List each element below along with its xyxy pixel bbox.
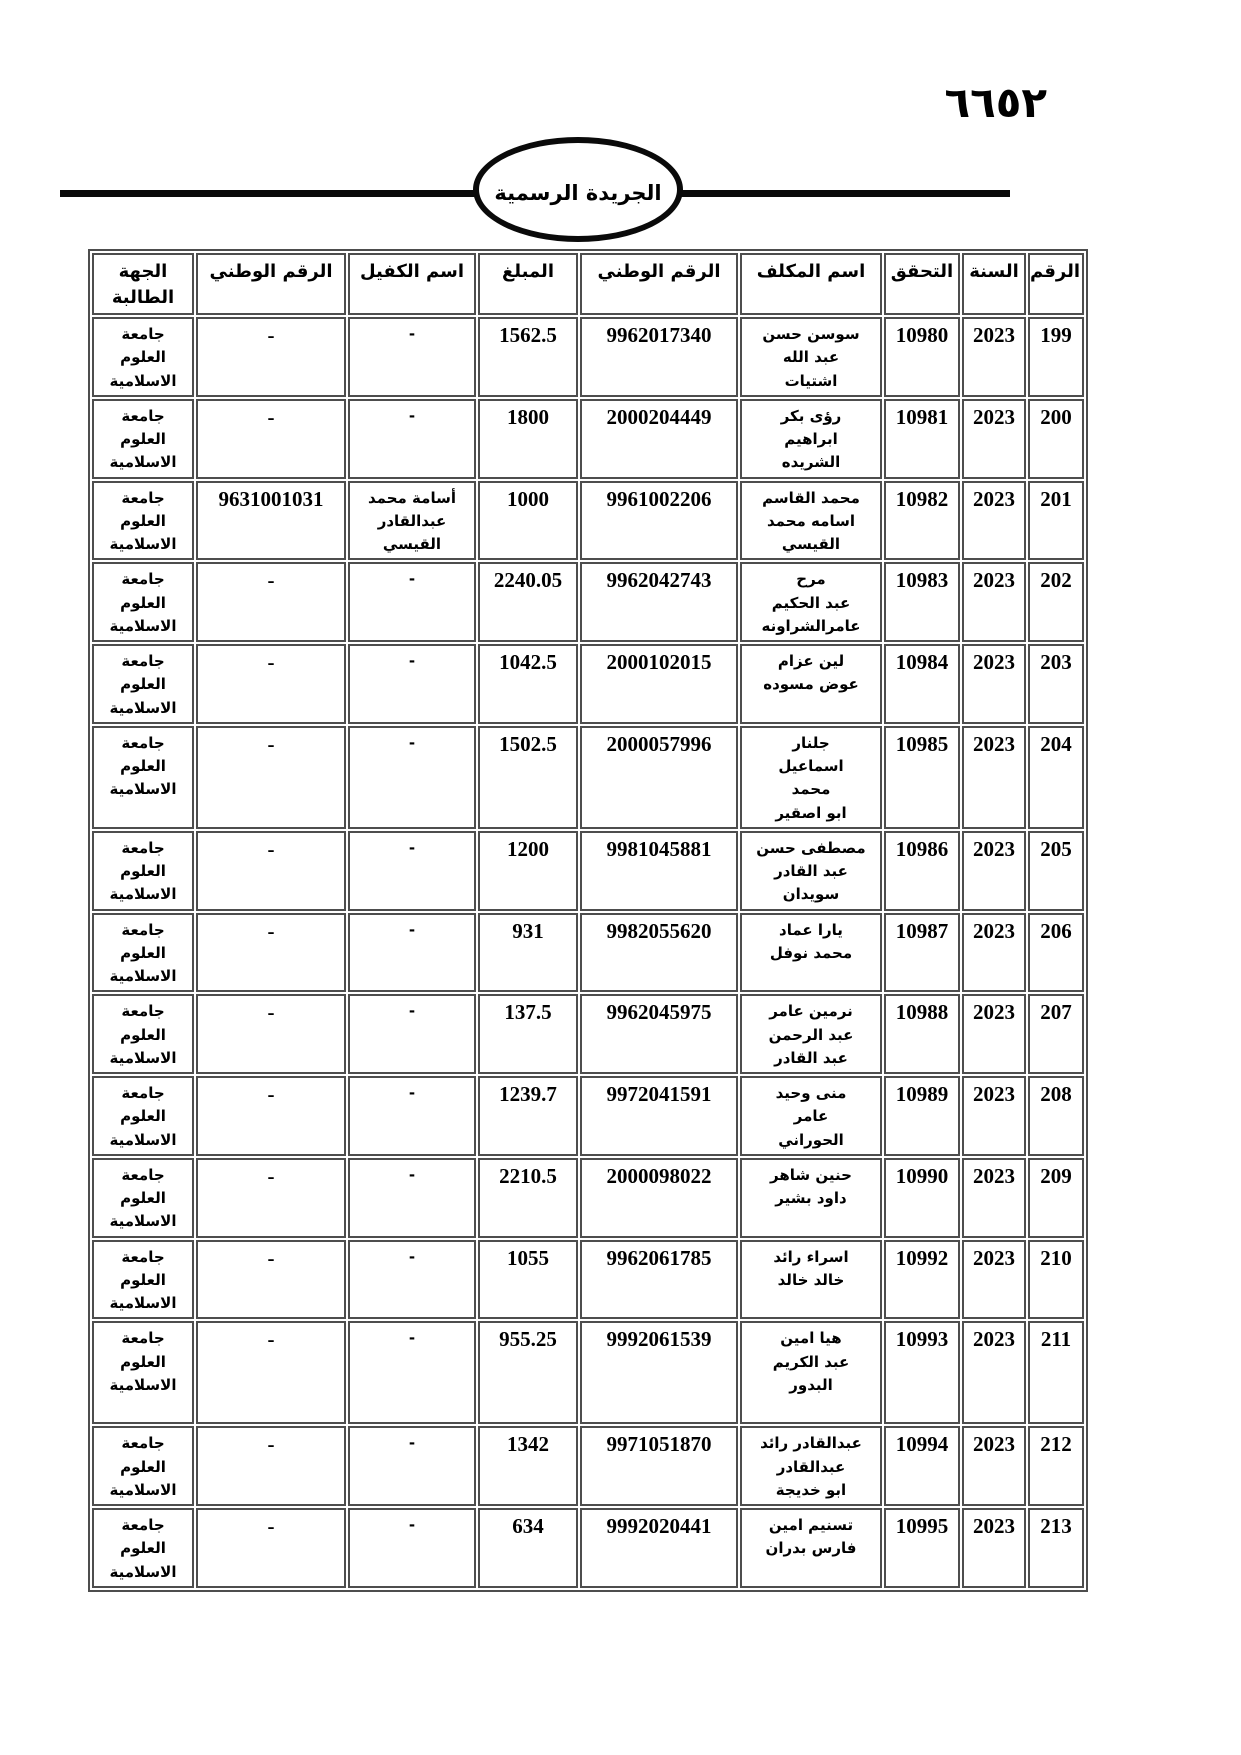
cell-entity: جامعة العلوم الاسلامية <box>92 1426 194 1506</box>
cell-guarantor: - <box>348 1426 476 1506</box>
cell-year: 2023 <box>962 831 1026 911</box>
column-header-year: السنة <box>962 253 1026 315</box>
cell-check: 10993 <box>884 1321 960 1424</box>
cell-amount: 137.5 <box>478 994 578 1074</box>
column-header-national_id: الرقم الوطني <box>580 253 738 315</box>
cell-guarantor: - <box>348 1240 476 1320</box>
cell-no: 200 <box>1028 399 1084 479</box>
cell-national_id: 2000098022 <box>580 1158 738 1238</box>
cell-taxpayer: محمد القاسم اسامه محمد القيسي <box>740 481 882 561</box>
cell-taxpayer: لين عزام عوض مسوده <box>740 644 882 724</box>
cell-no: 212 <box>1028 1426 1084 1506</box>
cell-year: 2023 <box>962 1426 1026 1506</box>
cell-guarantor_national_id: - <box>196 1508 346 1588</box>
table-row: 211202310993هيا امين عبد الكريم البدور99… <box>92 1321 1084 1424</box>
cell-taxpayer: منى وحيد عامر الحوراني <box>740 1076 882 1156</box>
cell-national_id: 2000102015 <box>580 644 738 724</box>
cell-guarantor_national_id: - <box>196 726 346 829</box>
cell-entity: جامعة العلوم الاسلامية <box>92 317 194 397</box>
cell-taxpayer: يارا عماد محمد نوفل <box>740 913 882 993</box>
cell-guarantor_national_id: - <box>196 562 346 642</box>
cell-check: 10981 <box>884 399 960 479</box>
cell-entity: جامعة العلوم الاسلامية <box>92 1158 194 1238</box>
table-row: 202202310983مرح عبد الحكيم عامرالشراونه9… <box>92 562 1084 642</box>
cell-amount: 1562.5 <box>478 317 578 397</box>
cell-guarantor: - <box>348 1321 476 1424</box>
cell-entity: جامعة العلوم الاسلامية <box>92 1240 194 1320</box>
cell-amount: 2240.05 <box>478 562 578 642</box>
cell-national_id: 9992020441 <box>580 1508 738 1588</box>
cell-amount: 1342 <box>478 1426 578 1506</box>
cell-no: 205 <box>1028 831 1084 911</box>
cell-guarantor_national_id: - <box>196 994 346 1074</box>
cell-no: 203 <box>1028 644 1084 724</box>
table-row: 206202310987يارا عماد محمد نوفل998205562… <box>92 913 1084 993</box>
cell-guarantor: أسامة محمد عبدالقادر القيسي <box>348 481 476 561</box>
cell-entity: جامعة العلوم الاسلامية <box>92 1076 194 1156</box>
cell-year: 2023 <box>962 317 1026 397</box>
cell-taxpayer: اسراء رائد خالد خالد <box>740 1240 882 1320</box>
cell-entity: جامعة العلوم الاسلامية <box>92 481 194 561</box>
cell-national_id: 9962017340 <box>580 317 738 397</box>
cell-entity: جامعة العلوم الاسلامية <box>92 831 194 911</box>
cell-amount: 1000 <box>478 481 578 561</box>
cell-no: 211 <box>1028 1321 1084 1424</box>
masthead-ellipse: الجريدة الرسمية <box>473 137 683 242</box>
cell-year: 2023 <box>962 1240 1026 1320</box>
gazette-page: ٦٦٥٢ الجريدة الرسمية الرقمالسنةالتحققاسم… <box>0 0 1241 1755</box>
table-row: 199202310980سوسن حسن عبد الله اشتيات9962… <box>92 317 1084 397</box>
table-row: 208202310989منى وحيد عامر الحوراني997204… <box>92 1076 1084 1156</box>
page-number: ٦٦٥٢ <box>944 78 1047 127</box>
table-row: 212202310994عبدالقادر رائد عبدالقادر ابو… <box>92 1426 1084 1506</box>
column-header-entity: الجهة الطالبة <box>92 253 194 315</box>
cell-guarantor: - <box>348 1508 476 1588</box>
cell-national_id: 9962042743 <box>580 562 738 642</box>
cell-check: 10985 <box>884 726 960 829</box>
cell-taxpayer: عبدالقادر رائد عبدالقادر ابو خديجة <box>740 1426 882 1506</box>
cell-year: 2023 <box>962 1321 1026 1424</box>
cell-year: 2023 <box>962 994 1026 1074</box>
cell-taxpayer: مرح عبد الحكيم عامرالشراونه <box>740 562 882 642</box>
cell-check: 10992 <box>884 1240 960 1320</box>
cell-guarantor: - <box>348 994 476 1074</box>
cell-guarantor: - <box>348 644 476 724</box>
cell-guarantor_national_id: - <box>196 1240 346 1320</box>
cell-guarantor_national_id: - <box>196 1158 346 1238</box>
cell-guarantor: - <box>348 913 476 993</box>
table-header-row: الرقمالسنةالتحققاسم المكلفالرقم الوطنيال… <box>92 253 1084 315</box>
cell-entity: جامعة العلوم الاسلامية <box>92 1508 194 1588</box>
cell-no: 209 <box>1028 1158 1084 1238</box>
cell-amount: 1239.7 <box>478 1076 578 1156</box>
cell-entity: جامعة العلوم الاسلامية <box>92 644 194 724</box>
column-header-check: التحقق <box>884 253 960 315</box>
cell-year: 2023 <box>962 726 1026 829</box>
cell-taxpayer: مصطفى حسن عبد القادر سويدان <box>740 831 882 911</box>
cell-taxpayer: رؤى بكر ابراهيم الشريده <box>740 399 882 479</box>
cell-no: 202 <box>1028 562 1084 642</box>
cell-guarantor: - <box>348 726 476 829</box>
cell-no: 201 <box>1028 481 1084 561</box>
cell-no: 210 <box>1028 1240 1084 1320</box>
cell-guarantor: - <box>348 562 476 642</box>
cell-guarantor_national_id: - <box>196 399 346 479</box>
cell-national_id: 9971051870 <box>580 1426 738 1506</box>
cell-amount: 634 <box>478 1508 578 1588</box>
table-row: 210202310992اسراء رائد خالد خالد99620617… <box>92 1240 1084 1320</box>
cell-national_id: 9961002206 <box>580 481 738 561</box>
cell-check: 10982 <box>884 481 960 561</box>
records-table: الرقمالسنةالتحققاسم المكلفالرقم الوطنيال… <box>88 249 1088 1592</box>
cell-no: 213 <box>1028 1508 1084 1588</box>
cell-year: 2023 <box>962 644 1026 724</box>
cell-entity: جامعة العلوم الاسلامية <box>92 913 194 993</box>
cell-year: 2023 <box>962 562 1026 642</box>
cell-year: 2023 <box>962 1508 1026 1588</box>
cell-guarantor_national_id: - <box>196 644 346 724</box>
cell-no: 207 <box>1028 994 1084 1074</box>
cell-guarantor: - <box>348 1076 476 1156</box>
table-row: 200202310981رؤى بكر ابراهيم الشريده20002… <box>92 399 1084 479</box>
table-row: 205202310986مصطفى حسن عبد القادر سويدان9… <box>92 831 1084 911</box>
cell-guarantor: - <box>348 399 476 479</box>
cell-check: 10994 <box>884 1426 960 1506</box>
cell-year: 2023 <box>962 1076 1026 1156</box>
column-header-guarantor: اسم الكفيل <box>348 253 476 315</box>
table-row: 201202310982محمد القاسم اسامه محمد القيس… <box>92 481 1084 561</box>
cell-taxpayer: حنين شاهر داود بشير <box>740 1158 882 1238</box>
column-header-no: الرقم <box>1028 253 1084 315</box>
table-row: 204202310985جلنار اسماعيل محمد ابو اصقير… <box>92 726 1084 829</box>
cell-amount: 1800 <box>478 399 578 479</box>
cell-check: 10995 <box>884 1508 960 1588</box>
cell-year: 2023 <box>962 1158 1026 1238</box>
cell-entity: جامعة العلوم الاسلامية <box>92 399 194 479</box>
cell-check: 10984 <box>884 644 960 724</box>
table-row: 209202310990حنين شاهر داود بشير200009802… <box>92 1158 1084 1238</box>
cell-amount: 955.25 <box>478 1321 578 1424</box>
cell-amount: 1055 <box>478 1240 578 1320</box>
cell-taxpayer: سوسن حسن عبد الله اشتيات <box>740 317 882 397</box>
cell-entity: جامعة العلوم الاسلامية <box>92 1321 194 1424</box>
cell-no: 208 <box>1028 1076 1084 1156</box>
gazette-title: الجريدة الرسمية <box>494 175 661 205</box>
cell-check: 10983 <box>884 562 960 642</box>
cell-entity: جامعة العلوم الاسلامية <box>92 994 194 1074</box>
cell-taxpayer: تسنيم امين فارس بدران <box>740 1508 882 1588</box>
cell-guarantor_national_id: - <box>196 1076 346 1156</box>
cell-national_id: 2000057996 <box>580 726 738 829</box>
cell-amount: 1502.5 <box>478 726 578 829</box>
cell-no: 204 <box>1028 726 1084 829</box>
cell-check: 10987 <box>884 913 960 993</box>
column-header-taxpayer: اسم المكلف <box>740 253 882 315</box>
cell-national_id: 9982055620 <box>580 913 738 993</box>
cell-guarantor_national_id: - <box>196 913 346 993</box>
cell-year: 2023 <box>962 399 1026 479</box>
cell-guarantor_national_id: - <box>196 1426 346 1506</box>
cell-amount: 1200 <box>478 831 578 911</box>
cell-amount: 931 <box>478 913 578 993</box>
cell-taxpayer: هيا امين عبد الكريم البدور <box>740 1321 882 1424</box>
cell-national_id: 9981045881 <box>580 831 738 911</box>
cell-guarantor: - <box>348 831 476 911</box>
cell-national_id: 9972041591 <box>580 1076 738 1156</box>
cell-national_id: 2000204449 <box>580 399 738 479</box>
cell-taxpayer: جلنار اسماعيل محمد ابو اصقير <box>740 726 882 829</box>
cell-amount: 1042.5 <box>478 644 578 724</box>
cell-guarantor_national_id: 9631001031 <box>196 481 346 561</box>
cell-check: 10989 <box>884 1076 960 1156</box>
cell-national_id: 9962061785 <box>580 1240 738 1320</box>
cell-guarantor_national_id: - <box>196 1321 346 1424</box>
cell-guarantor: - <box>348 1158 476 1238</box>
cell-year: 2023 <box>962 913 1026 993</box>
cell-check: 10980 <box>884 317 960 397</box>
column-header-amount: المبلغ <box>478 253 578 315</box>
cell-check: 10988 <box>884 994 960 1074</box>
cell-entity: جامعة العلوم الاسلامية <box>92 562 194 642</box>
cell-amount: 2210.5 <box>478 1158 578 1238</box>
cell-no: 206 <box>1028 913 1084 993</box>
table-row: 213202310995تسنيم امين فارس بدران9992020… <box>92 1508 1084 1588</box>
cell-check: 10986 <box>884 831 960 911</box>
cell-guarantor_national_id: - <box>196 831 346 911</box>
cell-entity: جامعة العلوم الاسلامية <box>92 726 194 829</box>
cell-guarantor_national_id: - <box>196 317 346 397</box>
cell-year: 2023 <box>962 481 1026 561</box>
cell-taxpayer: نرمين عامر عبد الرحمن عبد القادر <box>740 994 882 1074</box>
table-body: 199202310980سوسن حسن عبد الله اشتيات9962… <box>92 317 1084 1588</box>
cell-no: 199 <box>1028 317 1084 397</box>
column-header-guarantor_national_id: الرقم الوطني <box>196 253 346 315</box>
cell-check: 10990 <box>884 1158 960 1238</box>
cell-national_id: 9992061539 <box>580 1321 738 1424</box>
table-row: 203202310984لين عزام عوض مسوده2000102015… <box>92 644 1084 724</box>
cell-guarantor: - <box>348 317 476 397</box>
cell-national_id: 9962045975 <box>580 994 738 1074</box>
table-row: 207202310988نرمين عامر عبد الرحمن عبد ال… <box>92 994 1084 1074</box>
